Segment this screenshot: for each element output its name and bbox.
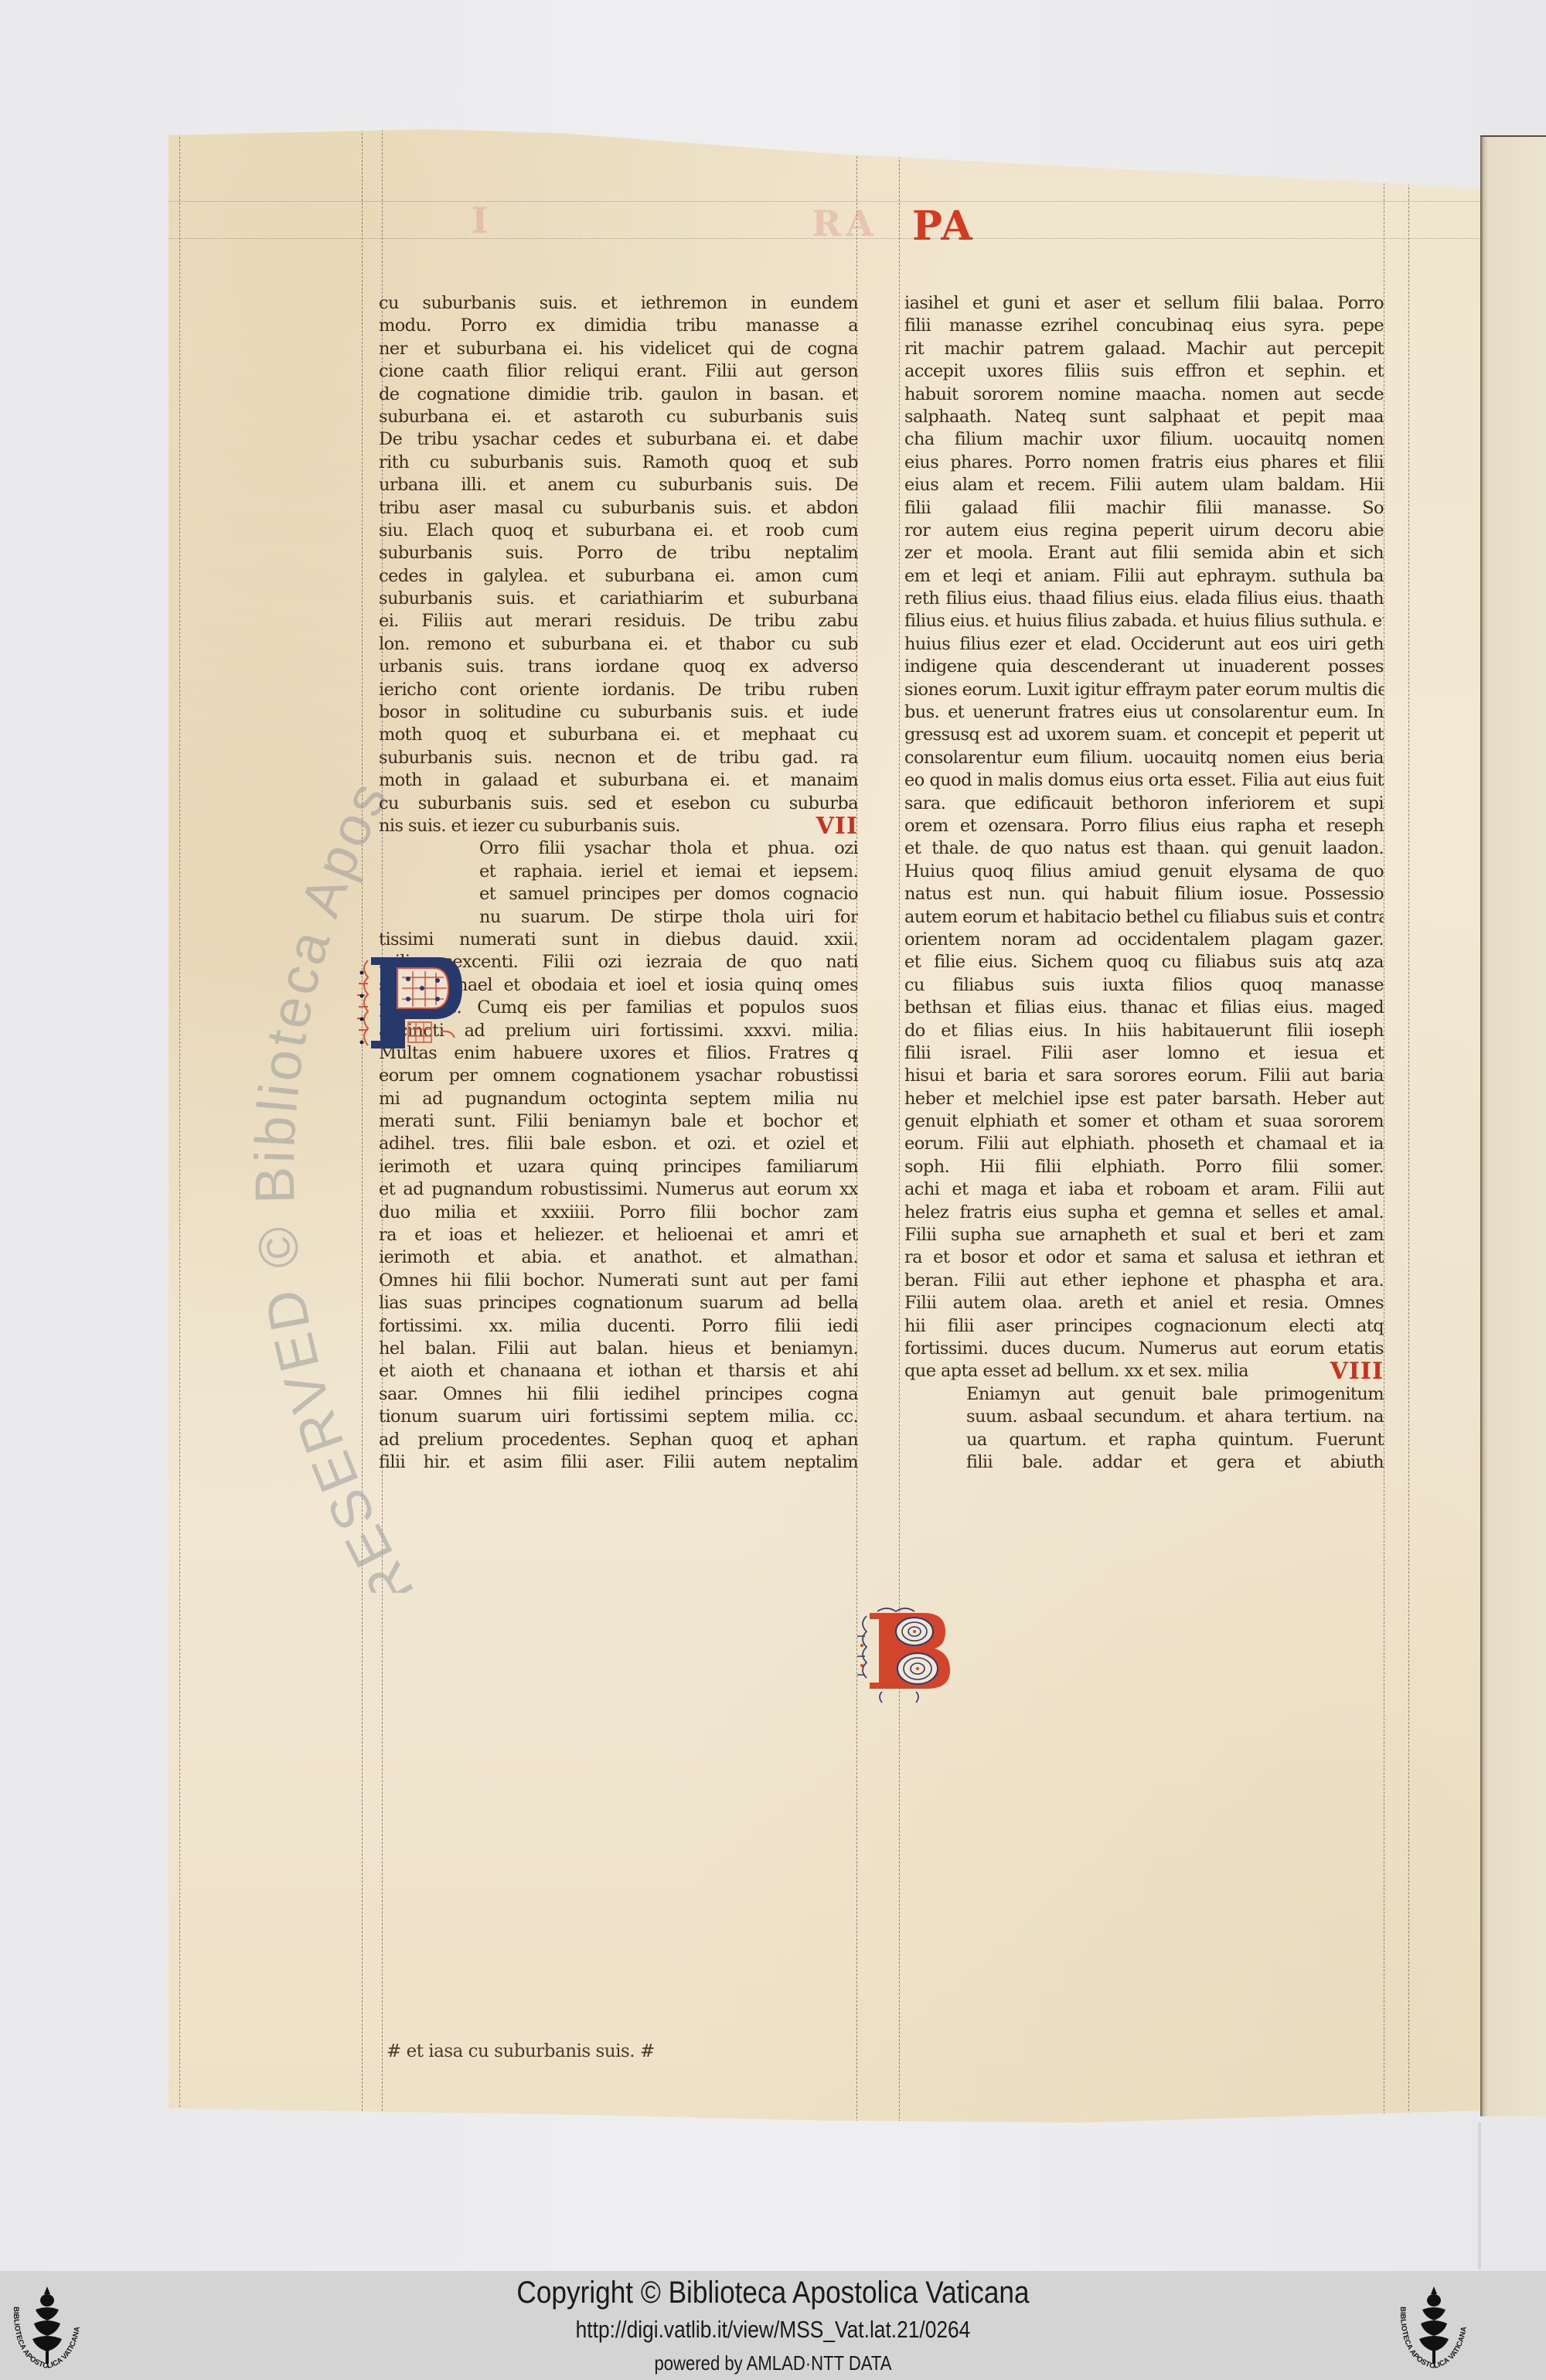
text-line: siones eorum. Luxit igitur effraym pater… <box>904 679 1384 701</box>
ruling-line <box>899 125 900 2123</box>
text-column-right: iasihel et guni et aser et sellum filii … <box>904 292 1384 1474</box>
text-line: lon. remono et suburbana ei. et thabor c… <box>379 633 858 656</box>
text-line: eorum per omnem cognationem ysachar robu… <box>379 1065 858 1087</box>
text-line: suum. asbaal secundum. et ahara tertium.… <box>904 1406 1384 1428</box>
text-line: ierimoth et uzara quinq principes famili… <box>379 1156 858 1178</box>
text-line: et ad pugnandum robustissimi. Numerus au… <box>379 1178 858 1201</box>
text-line: siu. Elach quoq et suburbana ei. et roob… <box>379 520 858 542</box>
text-line: cu filiabus suis iuxta filios quoq manas… <box>904 974 1384 997</box>
text-line: cedes in galylea. et suburbana ei. amon … <box>379 565 858 588</box>
text-line: indigene quia descenderant ut inuaderent… <box>904 656 1384 678</box>
text-line: suburbanis suis. Porro de tribu neptalim <box>379 542 858 564</box>
text-line: hisui et baria et sara sorores eorum. Fi… <box>904 1065 1384 1087</box>
text-line: rith cu suburbanis suis. Ramoth quoq et … <box>379 452 858 474</box>
text-line: bus. et uenerunt fratres eius ut consola… <box>904 701 1384 724</box>
text-line: nu suarum. De stirpe thola uiri for <box>379 906 858 929</box>
text-line: eo quod in malis domus eius orta esset. … <box>904 769 1384 792</box>
text-line: zer et moola. Erant aut filii semida abi… <box>904 542 1384 564</box>
catchword-mark: # <box>386 2041 401 2061</box>
text-line: filii israel. Filii aser lomno et iesua … <box>904 1042 1384 1065</box>
text-line: modu. Porro ex dimidia tribu manasse a <box>379 315 858 337</box>
text-line: suburbanis suis. necnon et de tribu gad.… <box>379 747 858 769</box>
text-line: ad prelium procedentes. Sephan quoq et a… <box>379 1429 858 1451</box>
text-line: mi ad pugnandum octoginta septem milia n… <box>379 1088 858 1110</box>
ruling-line <box>1408 125 1409 2123</box>
text-line: ra et ioas et heliezer. et helioenai et … <box>379 1224 858 1246</box>
chapter-number: VII <box>816 815 858 837</box>
facing-page-shadow <box>1478 2123 1481 2269</box>
bleed-through-header-left: I <box>472 199 493 241</box>
facing-page-edge <box>1480 135 1546 2116</box>
text-line: ra et bosor et odor et sama et salusa et… <box>904 1246 1384 1269</box>
text-line: urbana illi. et anem cu suburbanis suis.… <box>379 474 858 496</box>
text-line: urbanis suis. trans iordane quoq ex adve… <box>379 656 858 678</box>
copyright-title: Copyright © Biblioteca Apostolica Vatica… <box>93 2276 1453 2310</box>
text-line: et filie eius. Sichem quoq cu filiabus s… <box>904 951 1384 973</box>
text-line: beran. Filii aut ether iephone et phasph… <box>904 1270 1384 1292</box>
text-line: et aioth et chanaana et iothan et tharsi… <box>379 1360 858 1383</box>
ruling-line <box>362 125 363 2123</box>
catchword-mark: # <box>640 2041 655 2061</box>
ruling-line <box>179 125 180 2123</box>
bleed-through-header: RA <box>812 203 878 244</box>
text-line: eius phares. Porro nomen fratris eius ph… <box>904 452 1384 474</box>
text-line: Eniamyn aut genuit bale primogenitum <box>904 1383 1384 1406</box>
text-line: filii bale. addar et gera et abiuth <box>904 1451 1384 1474</box>
permalink-url[interactable]: http://digi.vatlib.it/view/MSS_Vat.lat.2… <box>116 2316 1430 2344</box>
text-line: bethsan et filias eius. thanac et filias… <box>904 997 1384 1019</box>
text-line: sara. que edificauit bethoron inferiorem… <box>904 793 1384 815</box>
text-line: saar. Omnes hii filii iedihel principes … <box>379 1383 858 1406</box>
text-line: filius eius. et huius filius zabada. et … <box>904 610 1384 633</box>
powered-by-text: powered by AMLAD·NTT DATA <box>116 2351 1430 2375</box>
text-line: accepit uxores filiis suis effron et sep… <box>904 360 1384 383</box>
text-line: bosor in solitudine cu suburbanis suis. … <box>379 701 858 724</box>
text-line: moth in galaad et suburbana ei. et manai… <box>379 769 858 792</box>
text-line: natus est nun. qui habuit filium iosue. … <box>904 883 1384 905</box>
text-line: que apta esset ad bellum. xx et sex. mil… <box>904 1360 1384 1383</box>
text-line: filii hir. et asim filii aser. Filii aut… <box>379 1451 858 1474</box>
text-line: adihel. tres. filii bale esbon. et ozi. … <box>379 1133 858 1155</box>
text-line-content: nis suis. et iezer cu suburbanis suis. <box>379 816 680 836</box>
text-line: orientem noram ad occidentalem plagam ga… <box>904 929 1384 951</box>
text-line: suburbana ei. et astaroth cu suburbanis … <box>379 406 858 428</box>
text-line: hel balan. Filii aut balan. hieus et ben… <box>379 1338 858 1360</box>
text-line: tionum suarum uiri fortissimi septem mil… <box>379 1406 858 1428</box>
text-line: gressusq est ad uxorem suam. et concepit… <box>904 724 1384 746</box>
text-line: Omnes hii filii bochor. Numerati sunt au… <box>379 1270 858 1292</box>
text-line: tribu aser masal cu suburbanis suis. et … <box>379 497 858 520</box>
text-line: et samuel principes per domos cognacio <box>379 883 858 905</box>
decorated-initial-p <box>354 945 470 1061</box>
text-line: et thale. de quo natus est thaan. qui ge… <box>904 837 1384 860</box>
text-line: fortissimi. xx. milia ducenti. Porro fil… <box>379 1315 858 1338</box>
text-line: et raphaia. ieriel et iemai et iepsem. <box>379 861 858 883</box>
text-line: suburbanis suis. et cariathiarim et subu… <box>379 588 858 610</box>
text-line: Filii supha sue arnapheth et sual et ber… <box>904 1224 1384 1246</box>
text-line: ner et suburbana ei. his videlicet qui d… <box>379 338 858 360</box>
text-line: ror autem eius regina peperit uirum deco… <box>904 520 1384 542</box>
text-line: ei. Filiis aut merari residuis. De tribu… <box>379 610 858 633</box>
text-line: heber et melchiel ipse est pater barsath… <box>904 1088 1384 1110</box>
chapter-number: VIII <box>1330 1360 1384 1383</box>
initial-p-illumination <box>354 945 470 1061</box>
text-line: iericho cont oriente iordanis. De tribu … <box>379 679 858 701</box>
text-line: huius filius ezer et elad. Occiderunt au… <box>904 633 1384 656</box>
text-line: iasihel et guni et aser et sellum filii … <box>904 292 1384 315</box>
text-line: fortissimi. duces ducum. Numerus aut eor… <box>904 1338 1384 1360</box>
text-line: de cognatione dimidie trib. gaulon in ba… <box>379 384 858 406</box>
text-line: cha filium machir uxor filium. uocauitq … <box>904 428 1384 451</box>
text-line: hii filii aser principes cognacionum ele… <box>904 1315 1384 1338</box>
copyright-banner: Copyright © Biblioteca Apostolica Vatica… <box>0 2271 1546 2380</box>
text-line: achi et maga et iaba et roboam et aram. … <box>904 1178 1384 1201</box>
text-line: ua quartum. et rapha quintum. Fuerunt <box>904 1429 1384 1451</box>
initial-b-illumination <box>854 1602 959 1703</box>
catchword: # et iasa cu suburbanis suis. # <box>386 2041 655 2061</box>
text-line: nis suis. et iezer cu suburbanis suis. V… <box>379 815 858 837</box>
text-column-left: cu suburbanis suis. et iethremon in eund… <box>379 292 858 1474</box>
text-line: habuit sororem nomine maacha. nomen aut … <box>904 384 1384 406</box>
decorated-initial-b <box>854 1602 959 1703</box>
ruling-line <box>1384 125 1384 2123</box>
vatican-library-logo-icon: BIBLIOTECA APOSTOLICA VATICANA <box>5 2283 90 2376</box>
text-line: do et filias eius. In hiis habitauerunt … <box>904 1020 1384 1042</box>
text-line: cione caath filior reliqui erant. Filii … <box>379 360 858 383</box>
text-line: De tribu ysachar cedes et suburbana ei. … <box>379 428 858 451</box>
text-line: cu suburbanis suis. sed et esebon cu sub… <box>379 793 858 815</box>
text-line: rit machir patrem galaad. Machir aut per… <box>904 338 1384 360</box>
text-line: soph. Hii filii elphiath. Porro filii so… <box>904 1156 1384 1178</box>
ruling-line <box>169 201 1480 202</box>
text-line: duo milia et xxxiiii. Porro filii bochor… <box>379 1202 858 1224</box>
text-line: genuit elphiath et somer et otham et sua… <box>904 1110 1384 1133</box>
text-line: filii manasse ezrihel concubinaq eius sy… <box>904 315 1384 337</box>
text-line: helez fratris eius supha et gemna et sel… <box>904 1202 1384 1224</box>
text-line: reth filius eius. thaad filius eius. ela… <box>904 588 1384 610</box>
running-header: PA <box>912 203 974 250</box>
text-line: merati sunt. Filii beniamyn bale et boch… <box>379 1110 858 1133</box>
text-line: salphaath. Nateq sunt salphaat et pepit … <box>904 406 1384 428</box>
text-line: em et leqi et aniam. Filii aut ephraym. … <box>904 565 1384 588</box>
text-line: autem eorum et habitacio bethel cu filia… <box>904 906 1384 929</box>
text-line: Orro filii ysachar thola et phua. ozi <box>379 837 858 860</box>
text-line: cu suburbanis suis. et iethremon in eund… <box>379 292 858 315</box>
text-line: lias suas principes cognationum suarum a… <box>379 1292 858 1314</box>
text-line: eius alam et recem. Filii autem ulam bal… <box>904 474 1384 496</box>
vatican-library-logo-icon: BIBLIOTECA APOSTOLICA VATICANA <box>1391 2283 1476 2376</box>
text-line: filii galaad filii machir filii manasse.… <box>904 497 1384 520</box>
catchword-text: et iasa cu suburbanis suis. <box>407 2041 635 2061</box>
text-line-content: que apta esset ad bellum. xx et sex. mil… <box>904 1361 1248 1381</box>
text-line: Filii autem olaa. areth et aniel et resi… <box>904 1292 1384 1314</box>
text-line: orem et ozensara. Porro filius eius raph… <box>904 815 1384 837</box>
text-line: consolarentur eum filium. uocauitq nomen… <box>904 747 1384 769</box>
text-line: eorum. Filii aut elphiath. phoseth et ch… <box>904 1133 1384 1155</box>
text-line: Huius quoq filius amiud genuit elysama d… <box>904 861 1384 883</box>
text-line: ierimoth et abia. et anathot. et almatha… <box>379 1246 858 1269</box>
text-line: moth quoq et suburbana ei. et mephaat cu <box>379 724 858 746</box>
